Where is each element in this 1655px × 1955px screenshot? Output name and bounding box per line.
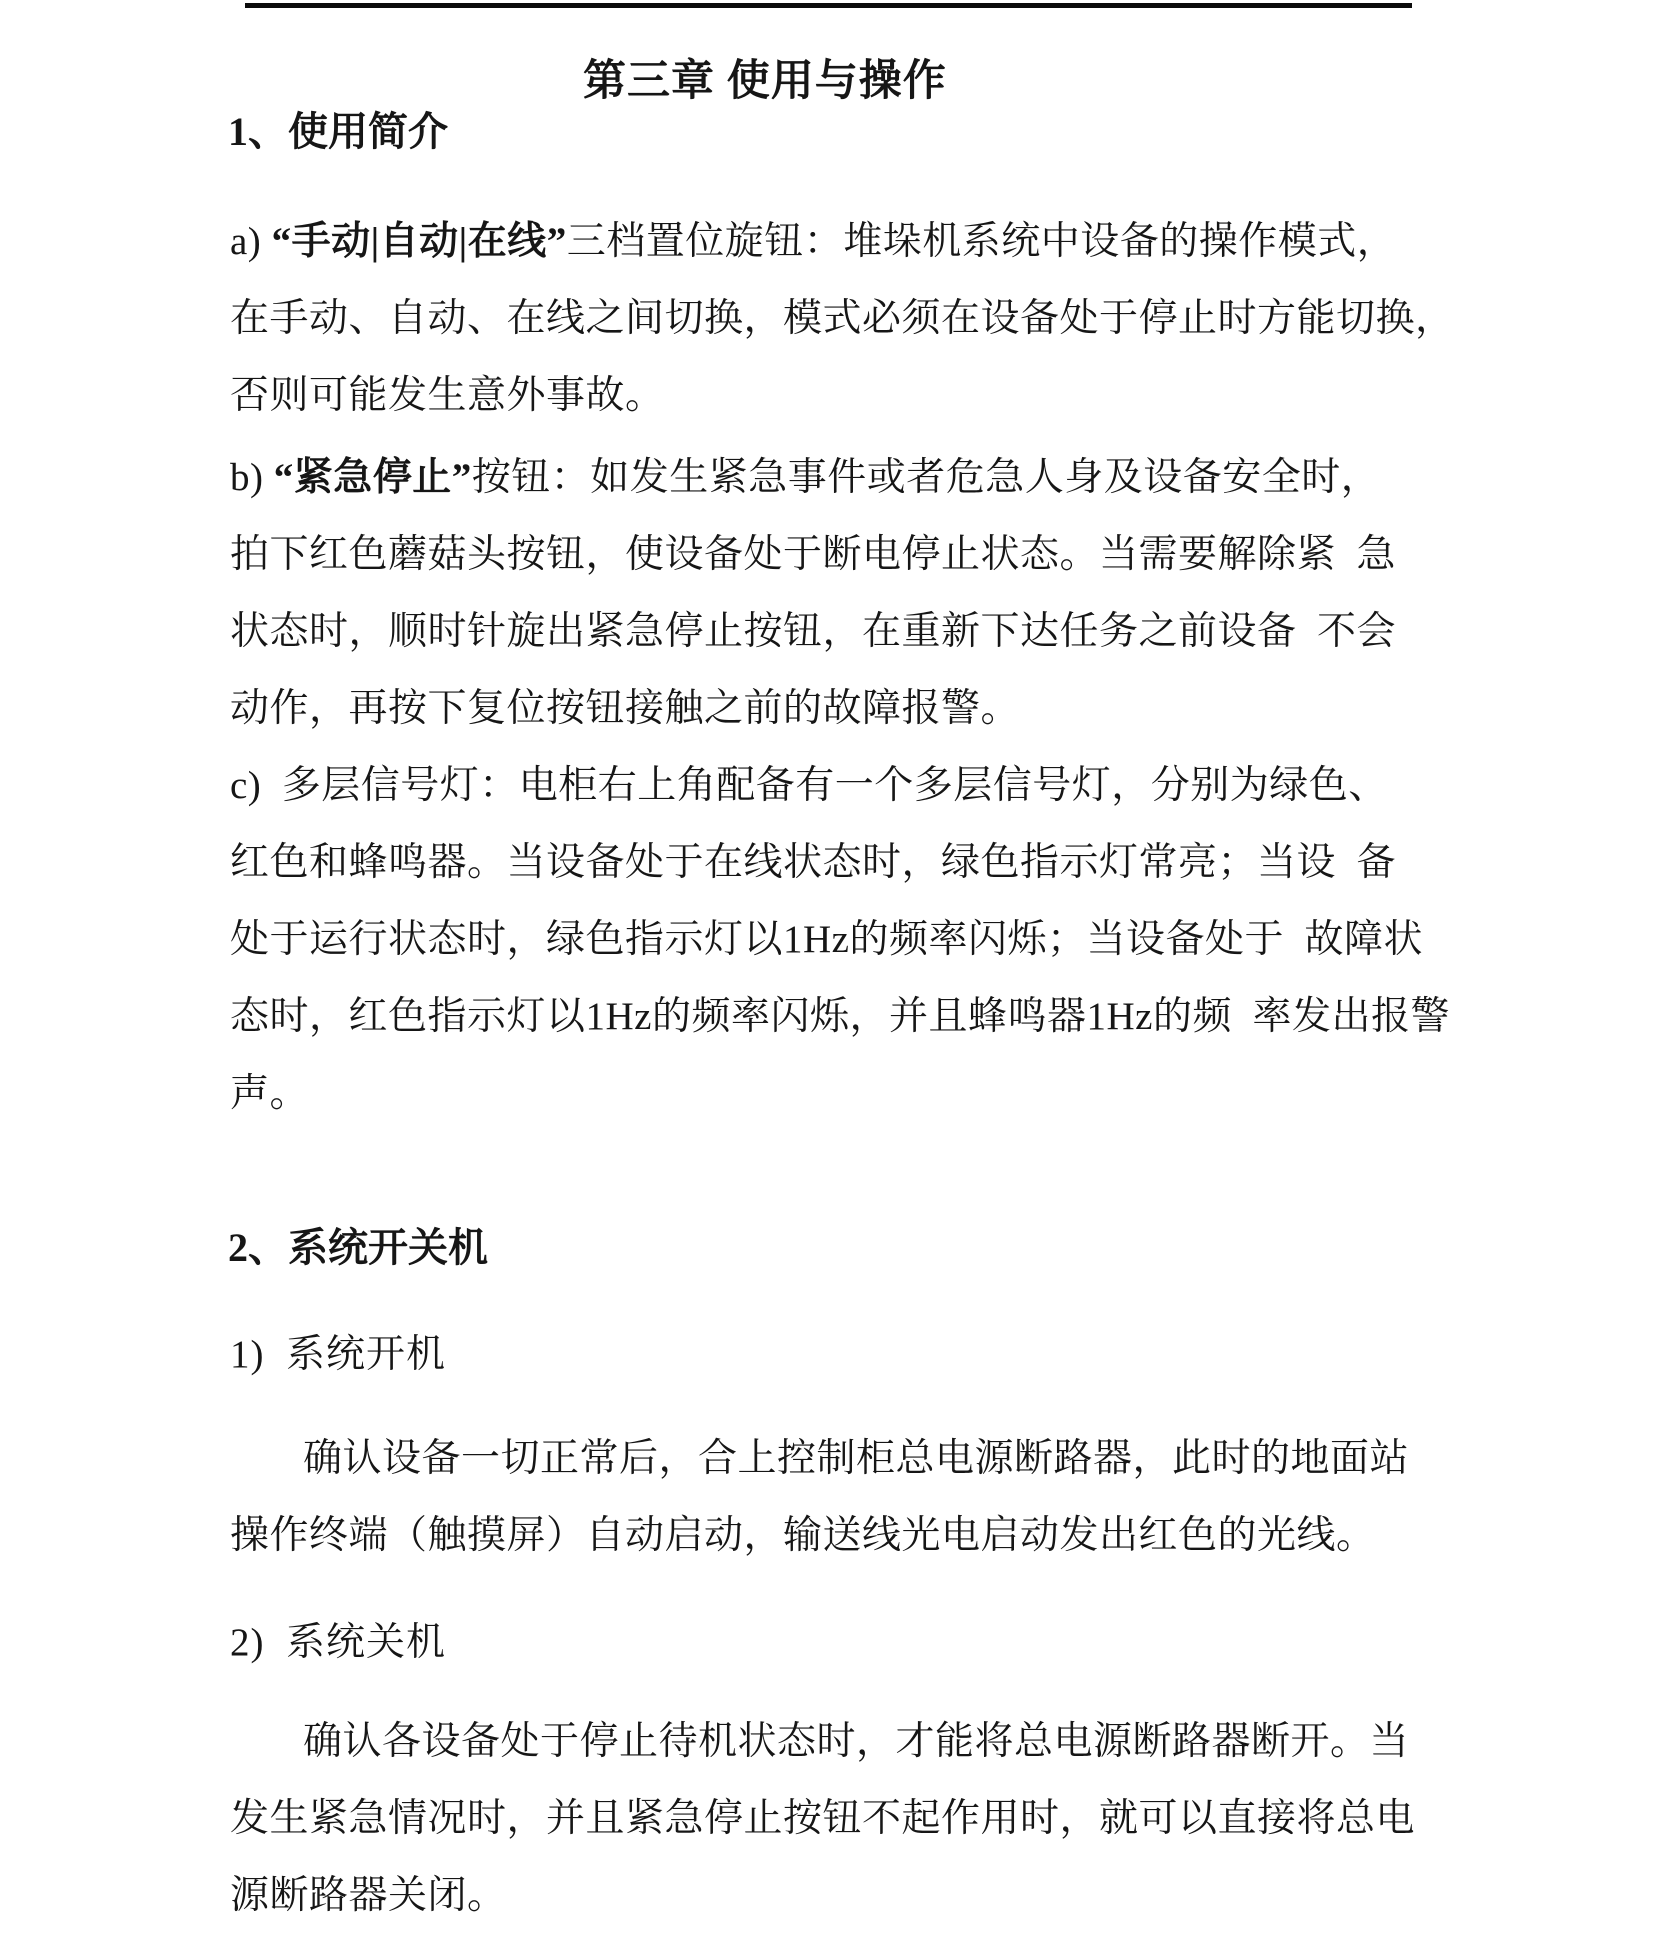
sub-2-paragraph-line-1: 确认各设备处于停止待机状态时，才能将总电源断路器断开。当 — [230, 1720, 1409, 1765]
item-c-line-4: 态时，红色指示灯以1Hz的频率闪烁，并且蜂鸣器1Hz的频 率发出报警 — [230, 995, 1450, 1040]
item-c-line-1: c) 多层信号灯：电柜右上角配备有一个多层信号灯，分别为绿色、 — [230, 764, 1388, 809]
item-a-prefix: a) — [230, 220, 272, 263]
sub-2-paragraph-line-3: 源断路器关闭。 — [230, 1874, 507, 1919]
item-b-line-3: 状态时，顺时针旋出紧急停止按钮，在重新下达任务之前设备 不会 — [230, 610, 1396, 655]
item-c-line-2: 红色和蜂鸣器。当设备处于在线状态时，绿色指示灯常亮；当设 备 — [230, 841, 1396, 886]
section-1-heading: 1、使用简介 — [228, 110, 448, 154]
section-2-sub-1-heading: 1) 系统开机 — [230, 1333, 446, 1378]
page-top-border — [245, 3, 1412, 8]
item-a-line-3: 否则可能发生意外事故。 — [230, 374, 665, 419]
page-title: 第三章 使用与操作 — [583, 58, 947, 105]
section-2-heading: 2、系统开关机 — [228, 1226, 488, 1270]
item-b-prefix: b) — [230, 456, 274, 499]
item-b-line-2: 拍下红色蘑菇头按钮，使设备处于断电停止状态。当需要解除紧 急 — [230, 533, 1396, 578]
item-b-line-1-rest: 按钮：如发生紧急事件或者危急人身及设备安全时， — [472, 456, 1381, 499]
item-b-line-1: b) “紧急停止”按钮：如发生紧急事件或者危急人身及设备安全时， — [230, 456, 1380, 501]
item-c-line-3: 处于运行状态时，绿色指示灯以1Hz的频率闪烁；当设备处于 故障状 — [230, 918, 1423, 963]
section-2-sub-2-heading: 2) 系统关机 — [230, 1621, 446, 1666]
item-c-line-5: 声。 — [230, 1072, 309, 1117]
sub-1-paragraph-line-1: 确认设备一切正常后，合上控制柜总电源断路器，此时的地面站 — [230, 1437, 1409, 1482]
item-a-line-1: a) “手动|自动|在线”三档置位旋钮：堆垛机系统中设备的操作模式， — [230, 220, 1396, 265]
document-page: 第三章 使用与操作 1、使用简介 a) “手动|自动|在线”三档置位旋钮：堆垛机… — [0, 0, 1655, 1955]
sub-2-paragraph-line-2: 发生紧急情况时，并且紧急停止按钮不起作用时，就可以直接将总电 — [230, 1797, 1415, 1842]
item-a-line-1-rest: 三档置位旋钮：堆垛机系统中设备的操作模式， — [567, 220, 1397, 263]
sub-1-paragraph-line-2: 操作终端（触摸屏）自动启动，输送线光电启动发出红色的光线。 — [230, 1514, 1376, 1559]
item-b-line-4: 动作，再按下复位按钮接触之前的故障报警。 — [230, 687, 1020, 732]
item-a-line-2: 在手动、自动、在线之间切换，模式必须在设备处于停止时方能切换， — [230, 297, 1455, 342]
item-b-bold-term: “紧急停止” — [274, 456, 472, 499]
item-a-bold-term: “手动|自动|在线” — [272, 220, 567, 263]
